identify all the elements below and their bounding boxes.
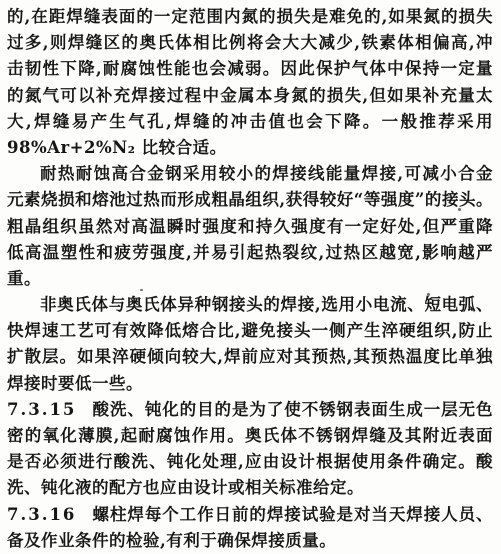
section-first-line-text: 酸洗、钝化的目的是为了使不锈钢表面生成一层无色致	[7, 400, 493, 423]
paragraph-heat-resistant-alloy-line-5: 重。	[7, 266, 493, 292]
paragraph-nitrogen-loss-line-5: 大,焊缝易产生气孔,焊缝的冲击值也会下降。一般推荐采用	[7, 109, 493, 135]
paragraph-nitrogen-loss-line-1: 的,在距焊缝表面的一定范围内氮的损失是难免的,如果氮的损失	[7, 4, 493, 30]
paragraph-nitrogen-loss-line-4: 的氮气可以补充焊接过程中金属本身氮的损失,但如果补充量太	[7, 83, 493, 109]
section-first-line-text: 螺柱焊每个工作日前的焊接试验是对当天焊接人员、设	[7, 505, 493, 528]
paragraph-nitrogen-loss-line-2: 过多,则焊缝区的奥氏体相比例将会大大减少,铁素体相偏高,冲	[7, 30, 493, 56]
paragraph-heat-resistant-alloy-line-3: 粗晶组织虽然对高温瞬时强度和持久强度有一定好处,但严重降	[7, 214, 493, 240]
paragraph-heat-resistant-alloy-line-1: 耐热耐蚀高合金钢采用较小的焊接线能量焊接,可减小合金	[7, 161, 493, 187]
scan-speck	[458, 208, 461, 211]
section-number: 7.3.15	[7, 400, 76, 419]
section-7-3-15-line-1: 7.3.15酸洗、钝化的目的是为了使不锈钢表面生成一层无色致	[7, 397, 493, 423]
paragraph-dissimilar-steel-joints-line-4: 焊接时要低一些。	[7, 371, 493, 397]
paragraph-dissimilar-steel-joints-line-2: 快焊速工艺可有效降低熔合比,避免接头一侧产生淬硬组织,防止	[7, 318, 493, 344]
document-text-block: 的,在距焊缝表面的一定范围内氮的损失是难免的,如果氮的损失过多,则焊缝区的奥氏体…	[7, 4, 493, 554]
paragraph-nitrogen-loss-line-3: 击韧性下降,耐腐蚀性能也会减弱。因此保护气体中保持一定量	[7, 56, 493, 82]
paragraph-dissimilar-steel-joints-line-1: 非奥氏体与奥氏体异种钢接头的焊接,选用小电流、短电弧、	[7, 292, 493, 318]
section-7-3-15-line-3: 是否必须进行酸洗、钝化处理,应由设计根据使用条件确定。酸	[7, 449, 493, 475]
paragraph-heat-resistant-alloy-line-4: 低高温塑性和疲劳强度,并易引起热裂纹,过热区越宽,影响越严	[7, 240, 493, 266]
paragraph-nitrogen-loss-line-6: 98%Ar+2%N₂ 比较合适。	[7, 135, 493, 161]
scanned-document-page: 的,在距焊缝表面的一定范围内氮的损失是难免的,如果氮的损失过多,则焊缝区的奥氏体…	[0, 0, 501, 554]
section-7-3-16-line-1: 7.3.16螺柱焊每个工作日前的焊接试验是对当天焊接人员、设	[7, 502, 493, 528]
section-number: 7.3.16	[7, 505, 76, 524]
scan-speck	[427, 293, 430, 296]
section-7-3-16-line-2: 备及作业条件的检验,有利于确保焊接质量。	[7, 528, 493, 554]
scan-speck	[140, 289, 143, 291]
paragraph-dissimilar-steel-joints-line-3: 扩散层。如果淬硬倾向较大,焊前应对其预热,其预热温度比单独	[7, 344, 493, 370]
paragraph-heat-resistant-alloy-line-2: 元素烧损和熔池过热而形成粗晶组织,获得较好“等强度”的接头。	[7, 187, 493, 213]
section-7-3-15-line-4: 洗、钝化液的配方也应由设计或相关标准给定。	[7, 475, 493, 501]
section-7-3-15-line-2: 密的氧化薄膜,起耐腐蚀作用。奥氏体不锈钢焊缝及其附近表面	[7, 423, 493, 449]
